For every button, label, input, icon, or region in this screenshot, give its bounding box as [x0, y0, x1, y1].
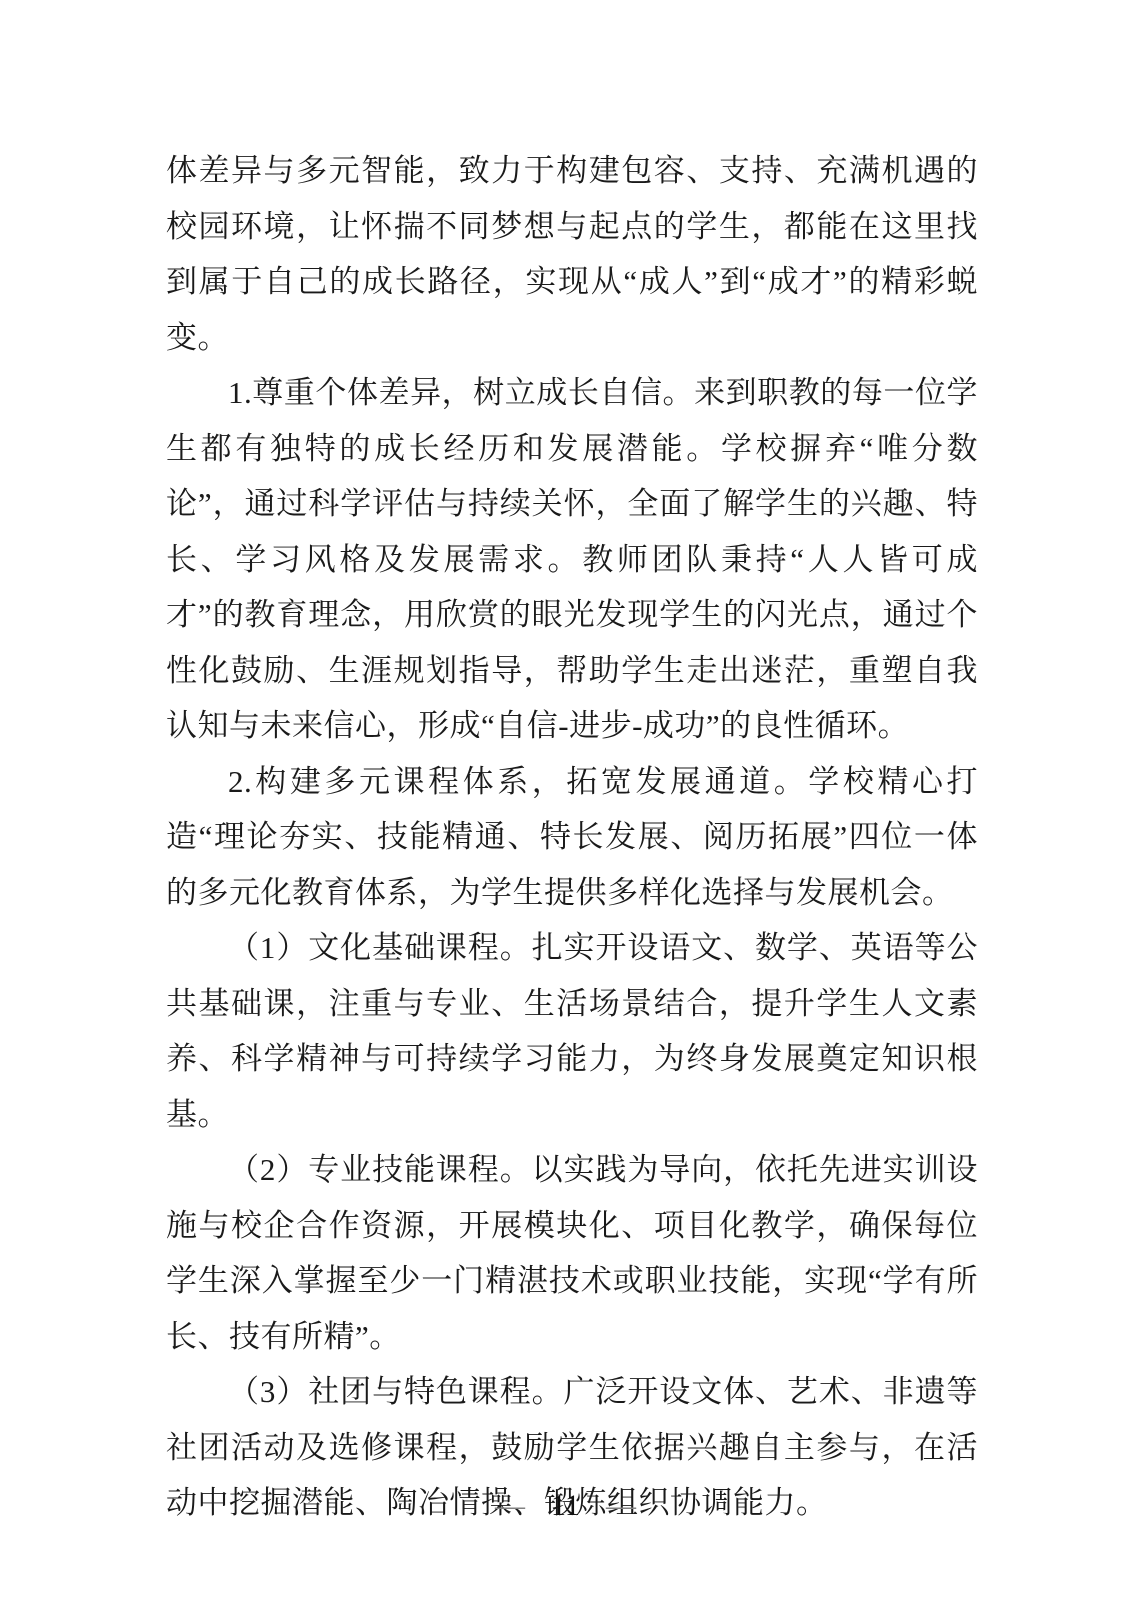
paragraph: （2）专业技能课程。以实践为导向，依托先进实训设施与校企合作资源，开展模块化、项… — [166, 1142, 978, 1364]
paragraph: （1）文化基础课程。扎实开设语文、数学、英语等公共基础课，注重与专业、生活场景结… — [166, 920, 978, 1142]
footer-dash-right: — — [606, 1489, 636, 1522]
paragraph: 1.尊重个体差异，树立成长自信。来到职教的每一位学生都有独特的成长经历和发展潜能… — [166, 365, 978, 754]
paragraph: 体差异与多元智能，致力于构建包容、支持、充满机遇的校园环境，让怀揣不同梦想与起点… — [166, 143, 978, 365]
paragraph: 2.构建多元课程体系，拓宽发展通道。学校精心打造“理论夯实、技能精通、特长发展、… — [166, 754, 978, 921]
footer-dash-left: — — [495, 1489, 525, 1522]
page-number: 11 — [525, 1489, 606, 1522]
document-body: 体差异与多元智能，致力于构建包容、支持、充满机遇的校园环境，让怀揣不同梦想与起点… — [166, 143, 978, 1531]
document-page: 体差异与多元智能，致力于构建包容、支持、充满机遇的校园环境，让怀揣不同梦想与起点… — [0, 0, 1131, 1600]
page-footer: —11— — [0, 1489, 1131, 1523]
